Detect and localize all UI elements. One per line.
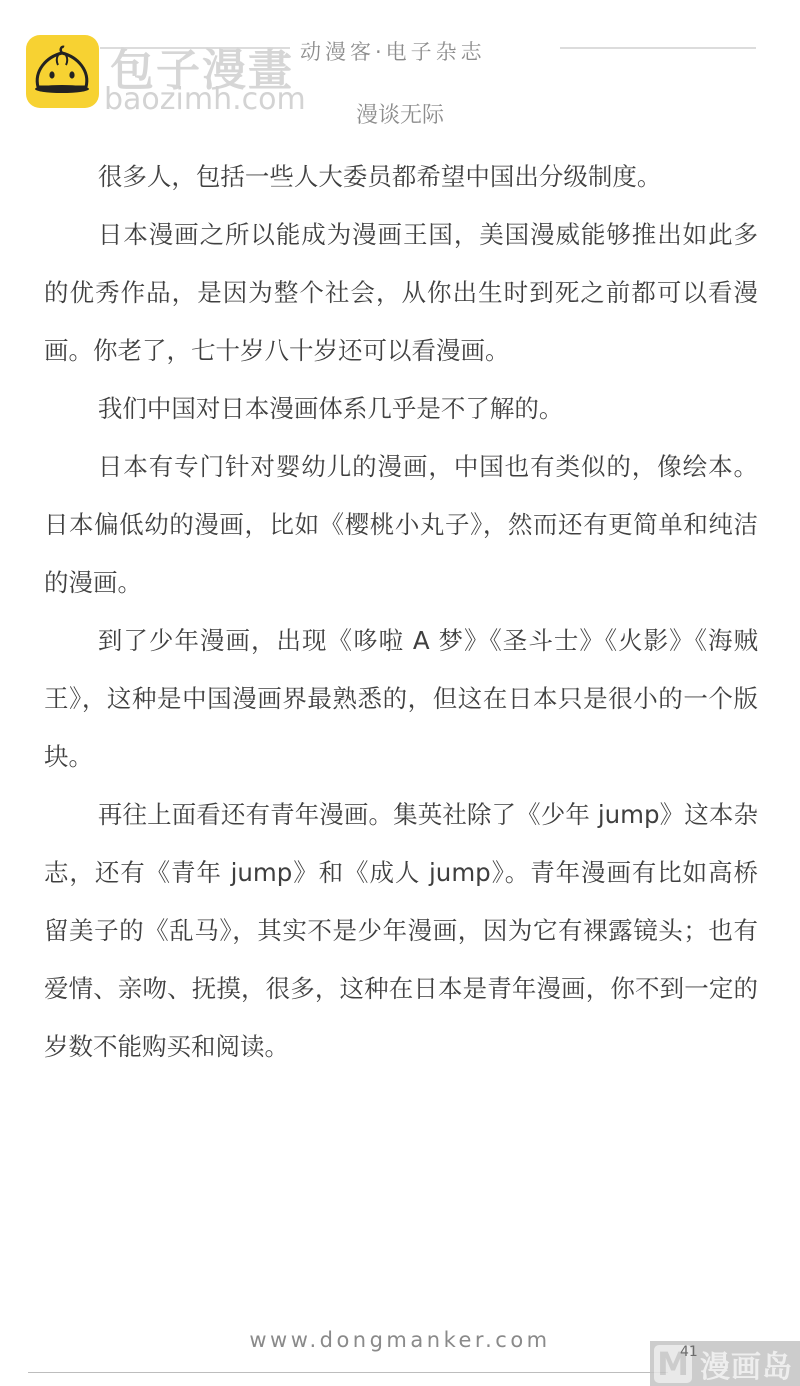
watermark-site-domain: baozimh.com xyxy=(104,82,306,117)
page-number: 41 xyxy=(680,1344,698,1360)
bun-mascot-icon xyxy=(26,35,99,108)
paragraph: 很多人，包括一些人大委员都希望中国出分级制度。 xyxy=(44,148,758,206)
paragraph: 到了少年漫画，出现《哆啦 A 梦》《圣斗士》《火影》《海贼王》，这种是中国漫画界… xyxy=(44,612,758,786)
watermark-badge-text: 漫画岛 xyxy=(700,1342,793,1386)
paragraph: 我们中国对日本漫画体系几乎是不了解的。 xyxy=(44,380,758,438)
paragraph: 再往上面看还有青年漫画。集英社除了《少年 jump》这本杂志，还有《青年 jum… xyxy=(44,786,758,1076)
paragraph: 日本漫画之所以能成为漫画王国，美国漫威能够推出如此多的优秀作品，是因为整个社会，… xyxy=(44,206,758,380)
watermark-badge: M 漫画岛 xyxy=(650,1341,800,1386)
article-body: 很多人，包括一些人大委员都希望中国出分级制度。 日本漫画之所以能成为漫画王国，美… xyxy=(44,148,758,1076)
header-divider-right xyxy=(560,47,756,49)
paragraph: 日本有专门针对婴幼儿的漫画，中国也有类似的，像绘本。日本偏低幼的漫画，比如《樱桃… xyxy=(44,438,758,612)
footer-divider xyxy=(28,1372,668,1373)
magazine-title: 动漫客·电子杂志 xyxy=(300,36,486,66)
